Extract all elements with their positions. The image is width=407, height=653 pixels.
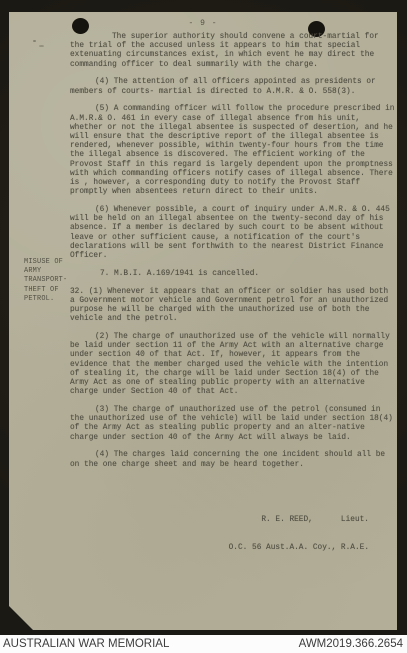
margin-note: MISUSE OF ARMY TRANSPORT- THEFT OF PETRO… bbox=[24, 258, 76, 304]
margin-note-line: THEFT OF bbox=[24, 286, 76, 295]
signature-name: R. E. REED, Lieut. bbox=[70, 516, 369, 526]
scanned-page: - 9 - MISUSE OF ARMY TRANSPORT- THEFT OF… bbox=[9, 12, 397, 630]
paragraph-32-1: 32. (1) Whenever it appears that an offi… bbox=[70, 288, 397, 325]
footer-bar: AUSTRALIAN WAR MEMORIAL AWM2019.366.2654 bbox=[0, 635, 407, 653]
paragraph-32-3: (3) The charge of unauthorized use of th… bbox=[70, 406, 397, 443]
paragraph-7-cancellation: 7. M.B.I. A.169/1941 is cancelled. bbox=[70, 270, 397, 279]
paragraph-5: (5) A commanding officer will follow the… bbox=[70, 105, 397, 197]
paragraph-6: (6) Whenever possible, a court of inquir… bbox=[70, 206, 397, 261]
margin-note-line: MISUSE OF bbox=[24, 258, 76, 267]
archive-name: AUSTRALIAN WAR MEMORIAL bbox=[3, 638, 169, 650]
pencil-mark bbox=[39, 45, 44, 47]
paragraph-4: (4) The attention of all officers appoin… bbox=[70, 78, 397, 96]
signature-title: O.C. 56 Aust.A.A. Coy., R.A.E. bbox=[70, 544, 369, 554]
paragraph-32-2: (2) The charge of unauthorized use of th… bbox=[70, 333, 397, 397]
paragraph-intro: The superior authority should convene a … bbox=[70, 33, 397, 70]
paragraph-32-4: (4) The charges laid concerning the one … bbox=[70, 451, 397, 469]
margin-note-line: PETROL. bbox=[24, 295, 76, 304]
reference-number: AWM2019.366.2654 bbox=[299, 638, 403, 650]
margin-note-line: TRANSPORT- bbox=[24, 276, 76, 285]
margin-note-line: ARMY bbox=[24, 267, 76, 276]
typewritten-body: The superior authority should convene a … bbox=[70, 33, 397, 572]
signature-block: R. E. REED, Lieut. O.C. 56 Aust.A.A. Coy… bbox=[70, 498, 397, 572]
pencil-mark bbox=[33, 40, 36, 42]
page-number: - 9 - bbox=[9, 19, 397, 28]
